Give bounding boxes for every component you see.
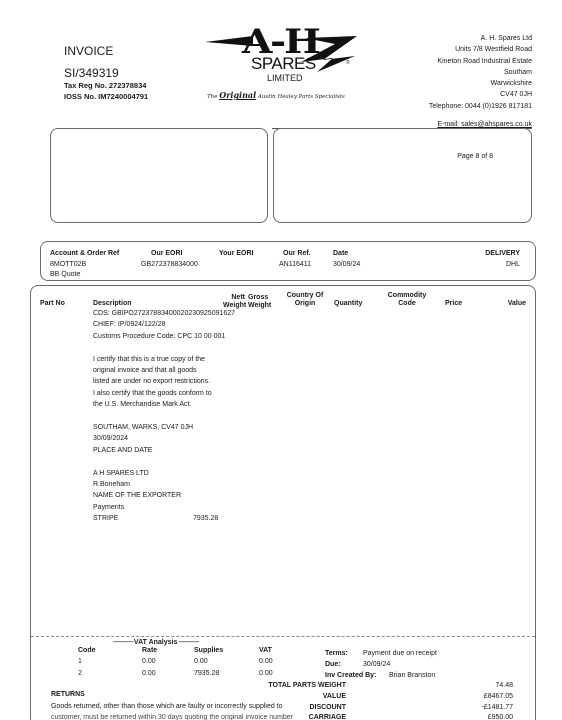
returns-text-line1: Goods returned, other than those which a… (51, 703, 283, 710)
vat-title-dashes-right: --------------- (177, 639, 198, 646)
description-line: PLACE AND DATE (93, 447, 152, 454)
address-line: Units 7/8 Westfield Road (429, 44, 532, 55)
col-value: Value (508, 300, 526, 308)
address-line: Kineton Road Industrial Estate (429, 56, 532, 67)
vat-header-code: Code (78, 647, 96, 654)
delivery-value: DHL (506, 261, 520, 268)
vat-header-supplies: Supplies (194, 647, 223, 654)
description-line: NAME OF THE EXPORTER (93, 492, 181, 499)
vat-title: VAT Analysis (134, 639, 177, 646)
email-link[interactable]: E-mail: sales@ahspares.co.uk (437, 121, 532, 128)
vat-row-1-vat: 0.00 (259, 658, 273, 665)
description-line: 30/09/2024 (93, 435, 128, 442)
our-ref-label: Our Ref. (283, 250, 311, 257)
col-commodity-line2: Code (384, 300, 430, 308)
line-items-box: Part No Description Nett Weight Gross We… (30, 285, 536, 720)
address-line: Warwickshire (429, 78, 532, 89)
col-country-line1: Country Of (283, 292, 327, 300)
description-line: STRIPE (93, 515, 118, 522)
description-line: Customs Procedure Code: CPC 10 00 001 (93, 333, 225, 340)
terms-label: Terms: (325, 650, 348, 657)
registered-mark: ® (346, 60, 350, 66)
description-line: CDS: GBIPO27237883400020230925091627 (93, 310, 235, 317)
description-line: CHIEF: IP/0924/122/28 (93, 321, 165, 328)
logo-tagline: The Original Austin Healey Parts Special… (207, 90, 345, 100)
returns-text-line2: customer, must be returned within 30 day… (51, 714, 293, 720)
logo-sub: LIMITED (267, 73, 303, 83)
account-ref-label: Account & Order Ref (50, 250, 119, 257)
page-indicator: Page 8 of 8 (457, 153, 493, 160)
total-value: £8467.05 (484, 693, 513, 700)
total-value: 74.48 (495, 682, 513, 689)
col-description: Description (93, 300, 132, 308)
description-line: R.Boneham (93, 481, 130, 488)
tagline-emphasis: Original (219, 90, 256, 100)
date-value: 30/09/24 (333, 261, 360, 268)
total-value: £950.00 (488, 714, 513, 720)
vat-row-2-rate: 0.00 (142, 670, 156, 677)
total-value: -£1481.77 (481, 704, 513, 711)
description-line: original invoice and that all goods (93, 367, 197, 374)
vat-header-vat: VAT (259, 647, 272, 654)
vat-row-1-rate: 0.00 (142, 658, 156, 665)
invoice-address-box (50, 128, 268, 223)
description-line: Payments (93, 504, 124, 511)
ioss-number: IOSS No. IM7240004791 (64, 92, 148, 101)
description-line: A H SPARES LTD (93, 470, 149, 477)
description-line: I also certify that the goods conform to (93, 390, 212, 397)
delivery-label: DELIVERY (485, 250, 520, 257)
vat-analysis-title: --------------- VAT Analysis -----------… (113, 639, 198, 646)
section-divider (31, 636, 535, 637)
col-commodity-line1: Commodity (384, 292, 430, 300)
our-ref-value: AN116411 (279, 261, 311, 268)
terms-value: Payment due on receipt (363, 650, 437, 657)
due-value: 30/09/24 (363, 661, 390, 668)
created-by-label: Inv Created By: (325, 672, 376, 679)
your-eori-label: Your EORI (219, 250, 253, 257)
vat-header-rate: Rate (142, 647, 157, 654)
col-nett-weight-line1: Nett (223, 294, 245, 302)
company-logo: A-H SPARES ® LIMITED The Original Austin… (205, 20, 365, 102)
total-label: VALUE (323, 693, 346, 700)
vat-row-1-code: 1 (78, 658, 82, 665)
our-eori-label: Our EORI (151, 250, 183, 257)
our-eori-value: GB272378834000 (141, 261, 198, 268)
account-ref-value: 8MOTT02B (50, 261, 86, 268)
col-gross-weight-line2: Weight (248, 302, 271, 310)
description-line: listed are under no export restrictions. (93, 378, 210, 385)
vat-row-2-supplies: 7935.28 (194, 670, 219, 677)
tagline-suffix: Austin Healey Parts Specialists (258, 94, 345, 100)
col-gross-weight: Gross Weight (248, 294, 271, 310)
vat-row-2-vat: 0.00 (259, 670, 273, 677)
document-type: INVOICE (64, 44, 113, 58)
col-country-line2: Origin (283, 300, 327, 308)
total-label: TOTAL PARTS WEIGHT (268, 682, 346, 689)
col-quantity: Quantity (334, 300, 362, 308)
returns-title: RETURNS (51, 691, 85, 698)
tagline-prefix: The (207, 94, 217, 100)
tax-reg-number: Tax Reg No. 272378834 (64, 81, 146, 90)
company-address: A. H. Spares Ltd Units 7/8 Westfield Roa… (429, 33, 532, 112)
col-price: Price (445, 300, 462, 308)
col-country-of-origin: Country Of Origin (283, 292, 327, 308)
total-label: CARRIAGE (309, 714, 346, 720)
vat-row-2-code: 2 (78, 670, 82, 677)
address-line: Southam (429, 67, 532, 78)
address-line: CV47 0JH (429, 89, 532, 100)
date-label: Date (333, 250, 348, 257)
col-commodity-code: Commodity Code (384, 292, 430, 308)
description-line: the U.S. Merchandise Mark Act. (93, 401, 191, 408)
logo-name: SPARES (251, 54, 316, 74)
vat-row-1-supplies: 0.00 (194, 658, 208, 665)
col-part-no: Part No (40, 300, 65, 308)
col-nett-weight-line2: Weight (223, 302, 245, 310)
created-by-value: Brian Branston (389, 672, 435, 679)
order-ref-value: BB Quote (50, 271, 80, 278)
description-line: SOUTHAM, WARKS, CV47 0JH (93, 424, 193, 431)
address-line: A. H. Spares Ltd (429, 33, 532, 44)
account-info-box: Account & Order Ref 8MOTT02B BB Quote Ou… (40, 241, 536, 281)
invoice-number: SI/349319 (64, 66, 119, 80)
vat-title-dashes-left: --------------- (113, 639, 134, 646)
description-line: I certify that this is a true copy of th… (93, 356, 205, 363)
due-label: Due: (325, 661, 341, 668)
total-label: DISCOUNT (309, 704, 346, 711)
delivery-address-box: Page 8 of 8 (273, 128, 532, 223)
payment-amount: 7935.28 (193, 515, 218, 522)
col-gross-weight-line1: Gross (248, 294, 271, 302)
telephone: Telephone: 0044 (0)1926 817181 (429, 101, 532, 112)
col-nett-weight: Nett Weight (223, 294, 245, 310)
